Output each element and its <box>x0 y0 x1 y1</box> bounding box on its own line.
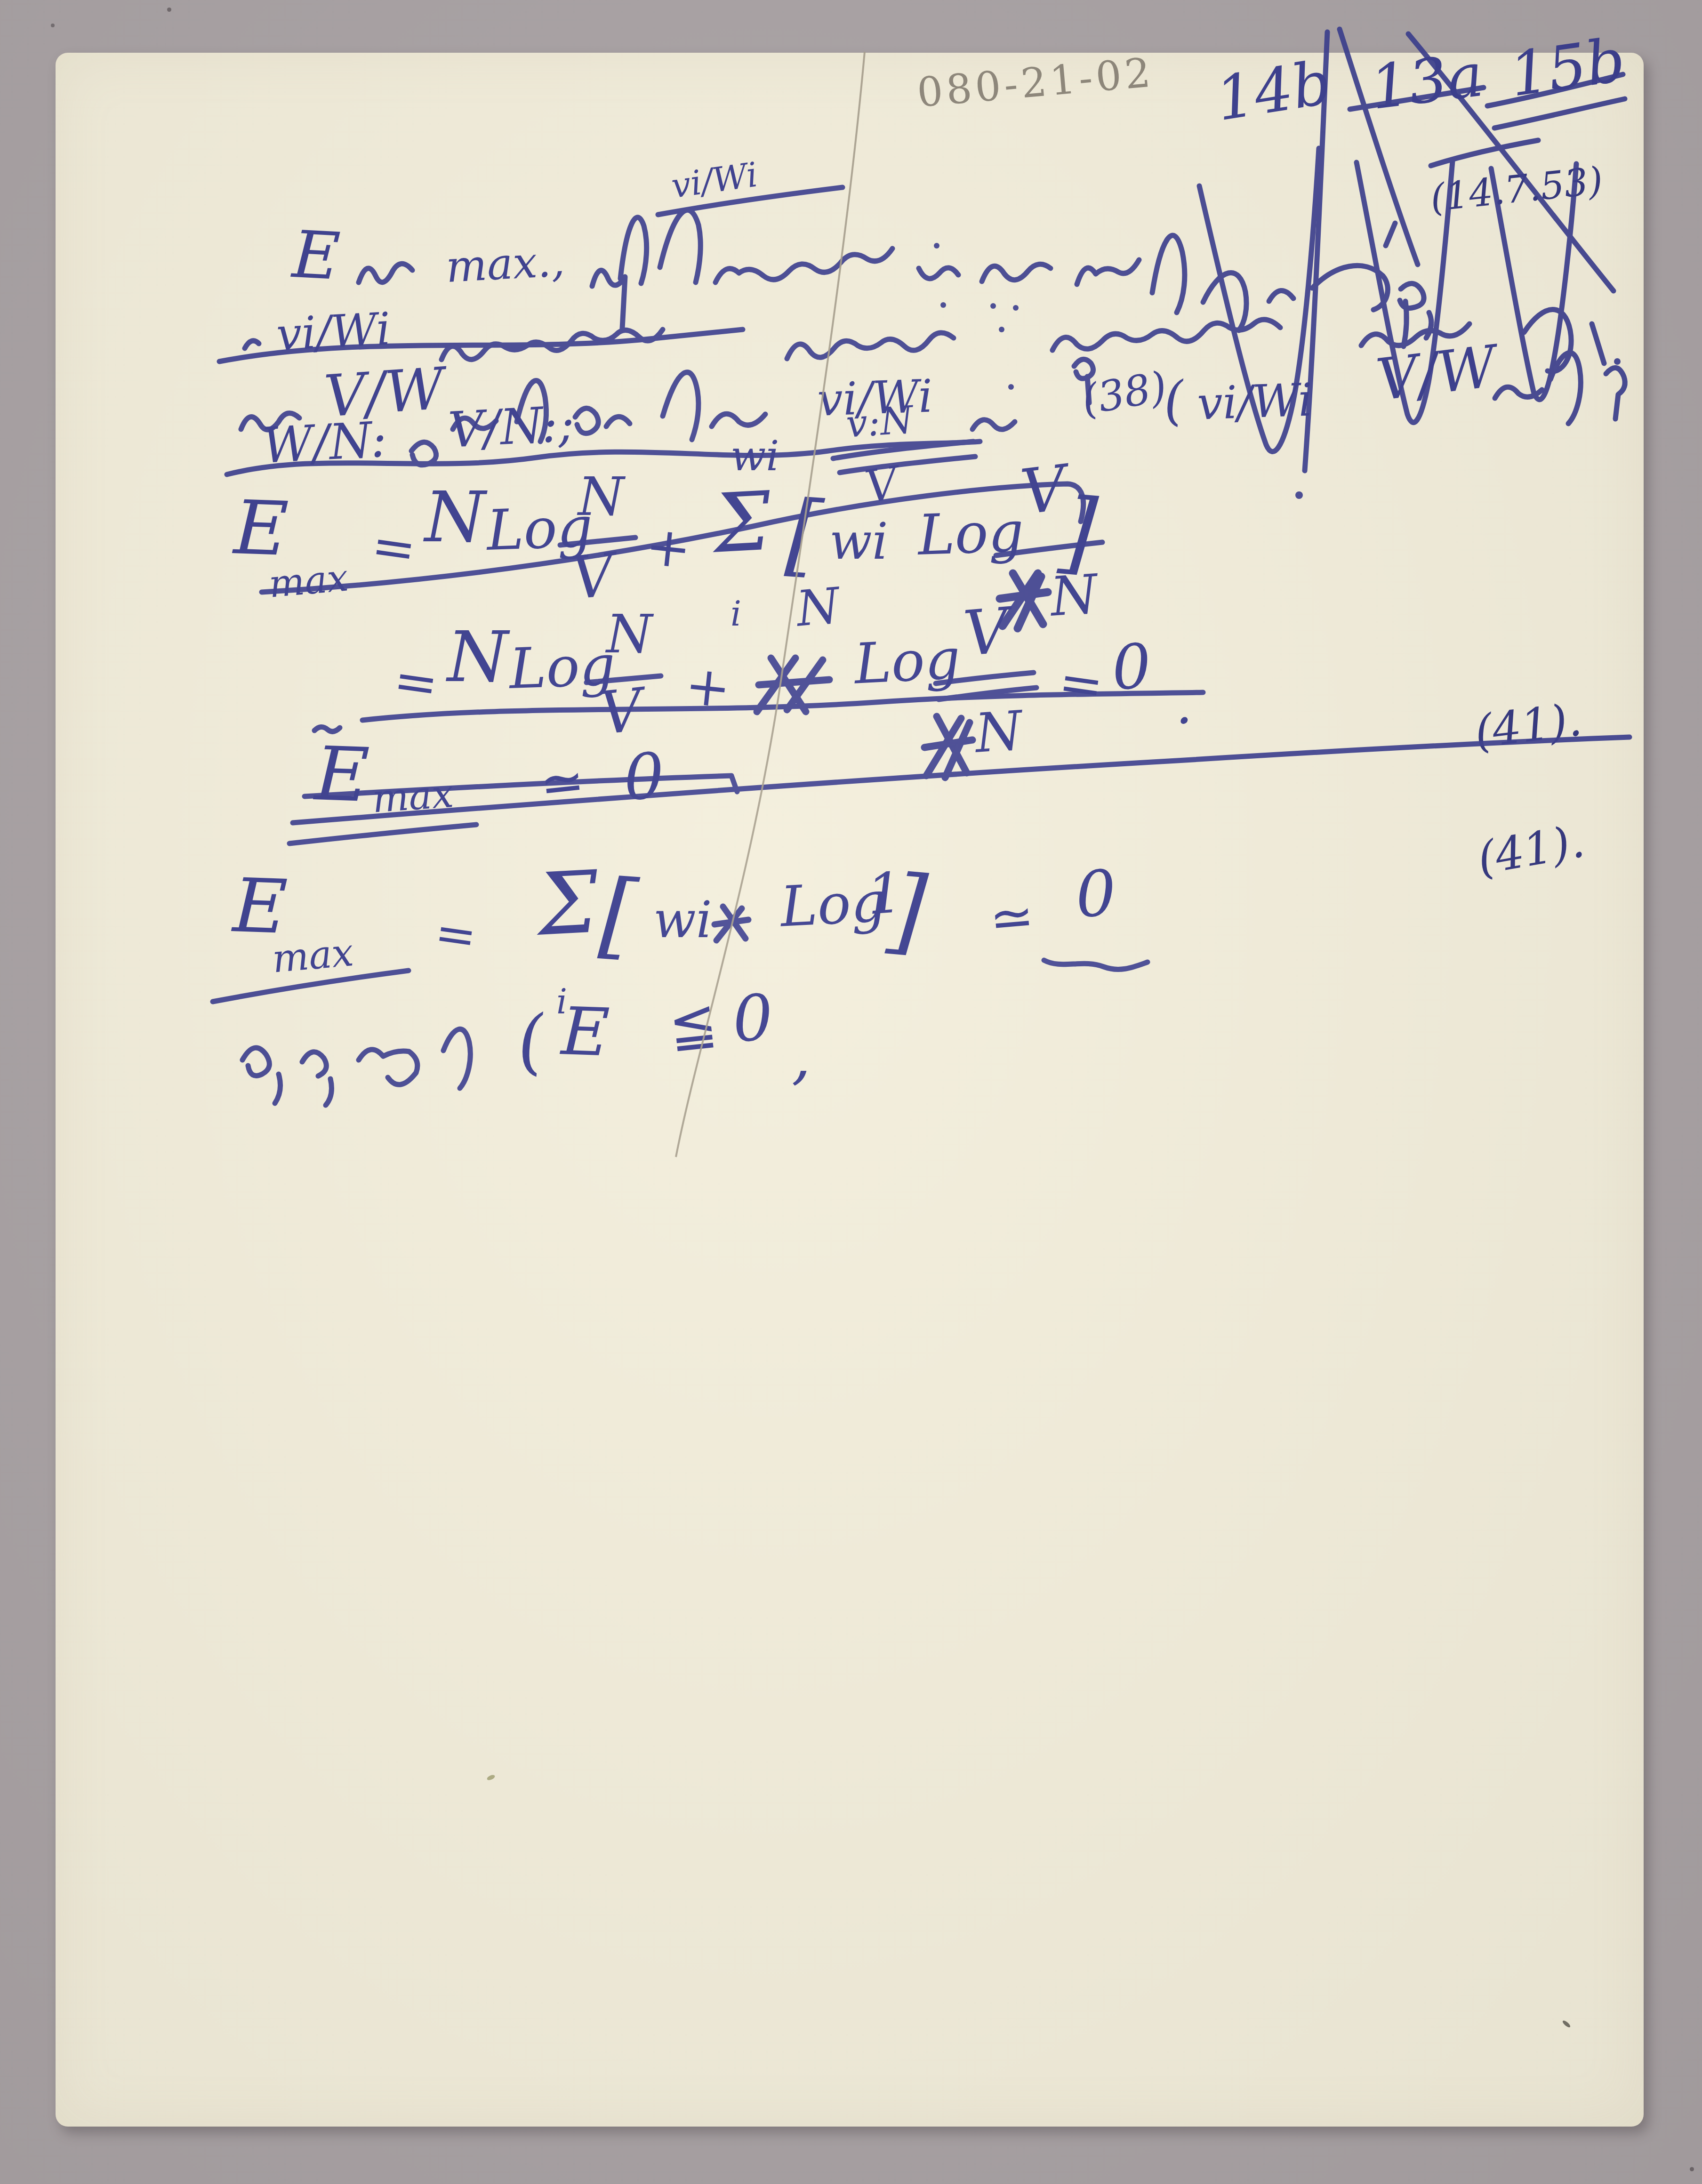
eq1-equals: = <box>368 519 419 577</box>
eq1-N: N <box>425 482 486 552</box>
eq-number-struck: (41). <box>1472 697 1584 755</box>
background-speck-3 <box>1690 2167 1694 2171</box>
line5-leq: ≦ <box>666 994 720 1056</box>
eq1-sub-i: i <box>731 597 741 631</box>
page-number-current: 14b <box>1212 53 1335 130</box>
eq2-frac1-N: N <box>606 608 652 661</box>
eq4-sigma: Σ <box>536 859 601 947</box>
eq3-E: E <box>313 737 370 813</box>
eq4-equals: = <box>432 907 480 962</box>
eq4-E: E <box>232 868 289 945</box>
eq1-frac1-N: N <box>578 471 624 523</box>
token-max-word: max., <box>445 240 566 289</box>
eq2-frac2-V: V <box>961 600 1011 666</box>
eq2-Log2: Log <box>853 631 962 692</box>
line5-zero: 0 <box>731 986 775 1052</box>
page-number-struck-13a: 13a <box>1367 45 1486 119</box>
eq2-N: N <box>447 622 508 692</box>
token-viwi-line3b: vi/Wi <box>1196 377 1313 426</box>
token-lparen-line3: ( <box>1162 374 1186 428</box>
eq2-dot: . <box>1176 679 1193 731</box>
eq1-Log2: Log <box>917 504 1025 563</box>
eq2-frac2-N: N <box>973 704 1024 761</box>
eq4-wi: wi <box>653 895 712 945</box>
eq2-plus: + <box>682 658 733 716</box>
line5-comma: , <box>792 1027 811 1087</box>
eq3-max-sub: max <box>371 775 455 819</box>
eq2-equals2: = <box>1055 655 1107 714</box>
token-vn-struck: V/N:; <box>447 399 576 455</box>
eq1-wi: wi <box>829 517 888 567</box>
line5-E: E <box>560 999 610 1066</box>
eq4-simeq: ≃ <box>987 890 1036 946</box>
token-E-line1: E <box>291 222 342 289</box>
eq2-N-sup: N <box>795 581 842 634</box>
token-viwi-line2-struck: vi/Wi <box>275 307 392 358</box>
token-wi-line4: wi <box>731 435 779 477</box>
eq2-frac1-V: V <box>597 681 645 744</box>
eq1-plus: + <box>643 519 694 577</box>
background-speck-2 <box>51 24 55 27</box>
line5-lparen: ( <box>514 1006 547 1079</box>
background-speck-1 <box>167 8 171 12</box>
eq1-sigma: Σ <box>712 481 773 565</box>
token-vw-line3b: V/W <box>1373 337 1500 409</box>
eq1-lbracket: [ <box>784 489 825 581</box>
token-V-line4: V <box>862 461 901 510</box>
eq4-lbracket: [ <box>597 867 640 964</box>
eq1-frac1-V: V <box>569 546 617 609</box>
eq2-zero: 0 <box>1110 635 1153 699</box>
page-number-struck-15b: 15b <box>1506 30 1629 106</box>
eq2-equals: = <box>390 653 442 712</box>
eq3-zero: 0 <box>622 745 666 810</box>
token-wn-struck: W/N: <box>261 415 388 470</box>
eq1-max-sub: max <box>267 559 350 603</box>
eq3-simeq: ≃ <box>538 754 587 811</box>
token-vcolN-line4: v:N <box>845 401 914 443</box>
eq4-max-sub: max <box>271 933 355 979</box>
eq1-E: E <box>233 490 289 567</box>
scanned-manuscript-page: 080-21-02 14b 13a 15b (14.7.53) E max., … <box>0 0 1702 2184</box>
eq4-zero: 0 <box>1074 862 1117 927</box>
